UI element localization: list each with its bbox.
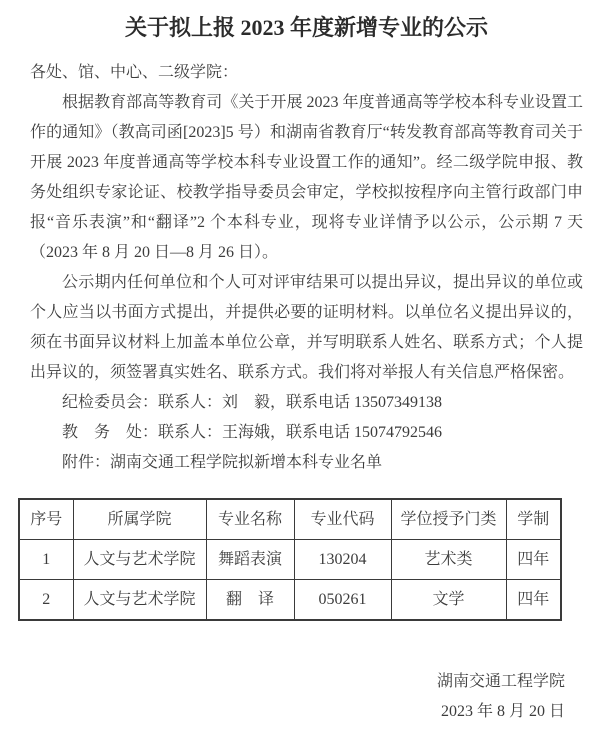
table-row: 1 人文与艺术学院 舞蹈表演 130204 艺术类 四年	[19, 540, 561, 580]
salutation-line: 各处、馆、中心、二级学院：	[30, 58, 583, 88]
attachment-line: 附件：湖南交通工程学院拟新增本科专业名单	[30, 448, 583, 478]
body-paragraph-1: 根据教育部高等教育司《关于开展 2023 年度普通高等学校本科专业设置工作的通知…	[30, 88, 583, 268]
new-majors-table: 序号 所属学院 专业名称 专业代码 学位授予门类 学制 1 人文与艺术学院 舞蹈…	[18, 498, 562, 621]
table-cell-degree-category: 艺术类	[391, 540, 506, 580]
table-header-cell-college: 所属学院	[73, 499, 206, 540]
table-header-cell-duration: 学制	[506, 499, 561, 540]
table-cell-index: 1	[19, 540, 73, 580]
body-paragraph-2: 公示期内任何单位和个人可对评审结果可以提出异议，提出异议的单位或个人应当以书面方…	[30, 268, 583, 388]
table-header-cell-degree-category: 学位授予门类	[391, 499, 506, 540]
contact-line-academic-affairs: 教 务 处：联系人：王海娥，联系电话 15074792546	[30, 418, 583, 448]
table-header-cell-index: 序号	[19, 499, 73, 540]
table-cell-major-code: 050261	[294, 580, 391, 621]
table-cell-major-name: 舞蹈表演	[206, 540, 294, 580]
signature-block: 湖南交通工程学院 2023 年 8 月 20 日	[30, 667, 583, 727]
table-cell-college: 人文与艺术学院	[73, 540, 206, 580]
contact-line-discipline-committee: 纪检委员会：联系人：刘 毅，联系电话 13507349138	[30, 388, 583, 418]
page-title: 关于拟上报 2023 年度新增专业的公示	[30, 12, 583, 44]
table-cell-index: 2	[19, 580, 73, 621]
signature-org: 湖南交通工程学院	[30, 667, 565, 697]
table-cell-major-name: 翻 译	[206, 580, 294, 621]
table-cell-degree-category: 文学	[391, 580, 506, 621]
signature-date: 2023 年 8 月 20 日	[30, 697, 565, 727]
table-header-cell-major-code: 专业代码	[294, 499, 391, 540]
table-header-row: 序号 所属学院 专业名称 专业代码 学位授予门类 学制	[19, 499, 561, 540]
table-row: 2 人文与艺术学院 翻 译 050261 文学 四年	[19, 580, 561, 621]
table-header-cell-major-name: 专业名称	[206, 499, 294, 540]
table-cell-major-code: 130204	[294, 540, 391, 580]
table-cell-duration: 四年	[506, 540, 561, 580]
notice-document: 关于拟上报 2023 年度新增专业的公示 各处、馆、中心、二级学院： 根据教育部…	[0, 0, 613, 732]
table-cell-college: 人文与艺术学院	[73, 580, 206, 621]
table-cell-duration: 四年	[506, 580, 561, 621]
